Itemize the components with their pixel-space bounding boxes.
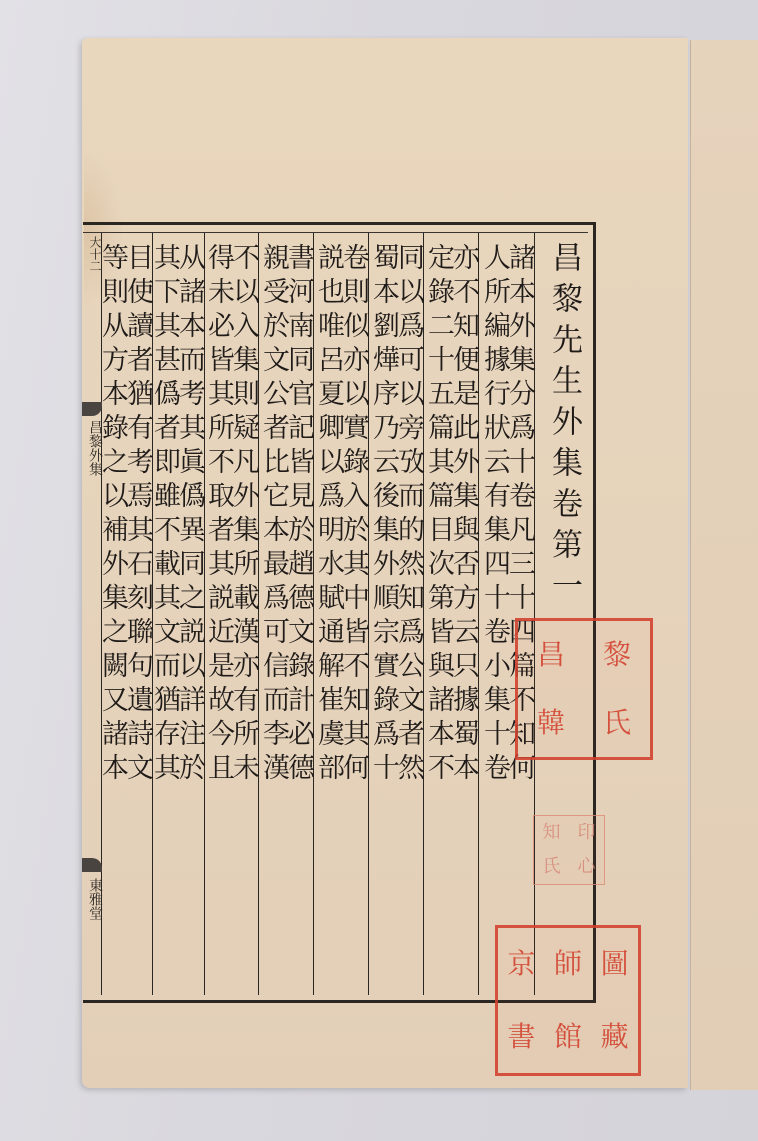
- seal-middle-char-2: 印: [578, 824, 596, 842]
- seal-bottom: 京 師 圖 書 館 藏: [495, 925, 641, 1076]
- seal-top-char-2: 黎: [603, 641, 631, 669]
- seal-top-char-1: 昌: [537, 641, 565, 669]
- seal-bottom-char-4: 書: [507, 1023, 535, 1051]
- seal-middle-char-3: 氏: [543, 858, 561, 876]
- text-column-2: 諸本外集分爲十卷凡三十四篇不知何 人所編據行狀云有集四十卷小集十卷: [481, 233, 535, 995]
- chapter-title: 昌黎先生外集卷第一: [547, 241, 581, 610]
- column-7-left: 得未必皆其所不取者其説近是故今且: [205, 243, 231, 787]
- column-4-left: 蜀本劉燁序乃云後集外順宗實錄爲十: [370, 243, 396, 787]
- fish-tail-lower-icon: [82, 858, 102, 872]
- text-column-7: 不以入集則疑凡外集所載漢亦有所未 得未必皆其所不取者其説近是故今且: [205, 233, 259, 995]
- seal-middle-char-1: 知: [543, 824, 561, 842]
- column-3-left: 定錄二十五篇其篇目次第皆與諸本不: [425, 243, 451, 787]
- column-8-left: 其下其甚僞者即雖不載其文而猶存其: [151, 243, 177, 787]
- column-6-left: 親受於文公者比它本最爲可信而李漢: [260, 243, 286, 787]
- seal-middle: 知 印 氏 心: [533, 815, 605, 885]
- text-column-3: 亦不知便是此外集與否方云只據蜀本 定錄二十五篇其篇目次第皆與諸本不: [425, 233, 479, 995]
- text-column-9: 目使讀者猶有考焉其石刻聯句遺詩文 等則从方本錄之以補外集之闕又諸本: [101, 233, 153, 995]
- seal-bottom-char-1: 京: [507, 950, 535, 978]
- text-column-6: 書河南同官記皆見於趙德文錄計必德 親受於文公者比它本最爲可信而李漢: [260, 233, 314, 995]
- column-9-left: 等則从方本錄之以補外集之闕又諸本: [99, 243, 125, 787]
- seal-bottom-char-6: 藏: [601, 1023, 629, 1051]
- margin-bottom-label: 東雅堂: [85, 878, 101, 920]
- column-5-left: 説也唯呂夏卿以爲明水賦通解崔虞部: [315, 243, 341, 787]
- seal-middle-char-4: 心: [578, 858, 596, 876]
- seal-top-char-4: 氏: [603, 709, 631, 737]
- seal-top-char-3: 韓: [537, 709, 565, 737]
- seal-bottom-char-2: 師: [554, 950, 582, 978]
- column-2-left: 人所編據行狀云有集四十卷小集十卷: [481, 243, 507, 787]
- text-column-4: 同以爲可以旁攷而的然知爲公文者然 蜀本劉燁序乃云後集外順宗實錄爲十: [370, 233, 424, 995]
- text-column-5: 卷則似亦以實錄入於其中皆不知其何 説也唯呂夏卿以爲明水賦通解崔虞部: [315, 233, 369, 995]
- adjacent-page-edge: [690, 40, 758, 1090]
- text-column-8: 从諸本而考其眞僞異同之説以詳注於 其下其甚僞者即雖不載其文而猶存其: [151, 233, 205, 995]
- seal-top: 昌 黎 韓 氏: [515, 618, 653, 760]
- seal-bottom-char-3: 圖: [601, 950, 629, 978]
- seal-bottom-char-5: 館: [554, 1023, 582, 1051]
